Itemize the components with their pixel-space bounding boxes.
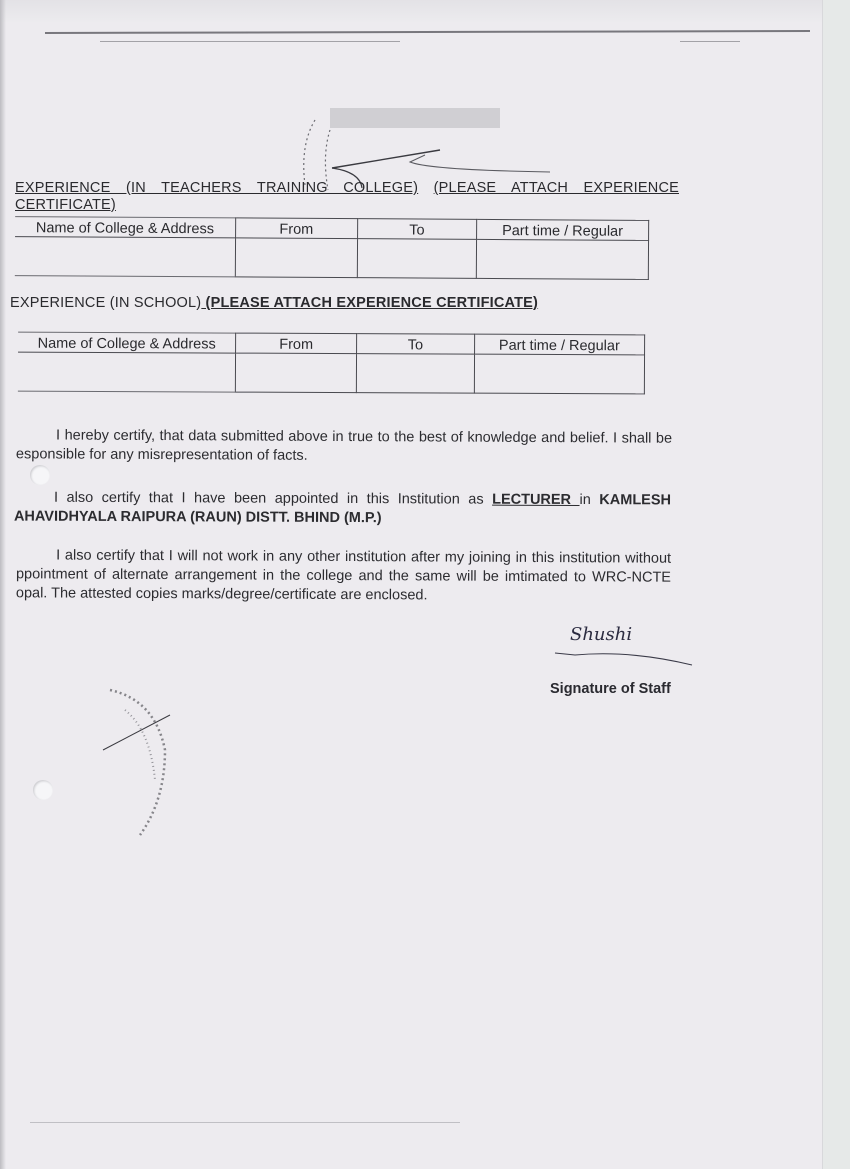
punch-hole bbox=[33, 780, 53, 800]
cell-from[interactable] bbox=[235, 238, 357, 278]
column-header-from: From bbox=[236, 333, 357, 354]
heading-part-2: (PLEASE ATTACH EXPERIENCE CERTIFICATE) bbox=[201, 295, 538, 311]
scan-artifact-line bbox=[100, 41, 400, 42]
cell-to[interactable] bbox=[357, 239, 476, 279]
cell-type[interactable] bbox=[474, 354, 645, 394]
table-row bbox=[15, 237, 649, 280]
stamp-mark-bottom bbox=[95, 680, 185, 850]
heading-part-1: EXPERIENCE (IN TEACHERS TRAINING COLLEGE… bbox=[15, 180, 418, 196]
column-header-to: To bbox=[357, 219, 476, 240]
declaration-exclusivity: I also certify that I will not work in a… bbox=[16, 546, 671, 606]
appointment-mid: in bbox=[580, 492, 600, 508]
cell-type[interactable] bbox=[476, 239, 648, 279]
scan-top-edge bbox=[0, 0, 850, 22]
declaration-accuracy: I hereby certify, that data submitted ab… bbox=[16, 426, 672, 467]
column-header-to: To bbox=[357, 334, 475, 355]
section-heading-teachers-training: EXPERIENCE (IN TEACHERS TRAINING COLLEGE… bbox=[15, 180, 679, 214]
punch-hole bbox=[30, 465, 50, 485]
handwritten-signature: Shushi bbox=[550, 615, 700, 675]
column-header-name: Name of College & Address bbox=[18, 332, 236, 353]
cell-to[interactable] bbox=[356, 354, 474, 394]
declaration-exclusivity-text: I also certify that I will not work in a… bbox=[16, 547, 671, 603]
cell-from[interactable] bbox=[236, 353, 357, 393]
declaration-appointment: I also certify that I have been appointe… bbox=[14, 489, 671, 530]
appointment-prefix: I also certify that I have been appointe… bbox=[54, 490, 492, 508]
column-header-from: From bbox=[235, 218, 357, 239]
column-header-type: Part time / Regular bbox=[476, 219, 648, 240]
cell-name[interactable] bbox=[15, 237, 235, 277]
declaration-accuracy-text: I hereby certify, that data submitted ab… bbox=[16, 427, 672, 463]
scan-artifact-line bbox=[30, 1122, 460, 1123]
scan-left-shadow bbox=[0, 0, 6, 1169]
column-header-type: Part time / Regular bbox=[474, 334, 644, 355]
signature-label: Signature of Staff bbox=[550, 681, 671, 697]
experience-table-teachers-training: Name of College & Address From To Part t… bbox=[15, 216, 649, 280]
table-row bbox=[18, 352, 645, 394]
column-header-name: Name of College & Address bbox=[15, 217, 235, 238]
scan-right-margin bbox=[822, 0, 850, 1169]
cell-name[interactable] bbox=[18, 352, 236, 392]
heading-part-1: EXPERIENCE (IN SCHOOL) bbox=[10, 295, 201, 311]
experience-table-school: Name of College & Address From To Part t… bbox=[18, 332, 645, 395]
section-heading-school: EXPERIENCE (IN SCHOOL) (PLEASE ATTACH EX… bbox=[10, 295, 538, 311]
appointment-post: LECTURER bbox=[492, 492, 580, 508]
svg-text:Shushi: Shushi bbox=[570, 624, 632, 645]
scan-artifact-line bbox=[680, 41, 740, 42]
